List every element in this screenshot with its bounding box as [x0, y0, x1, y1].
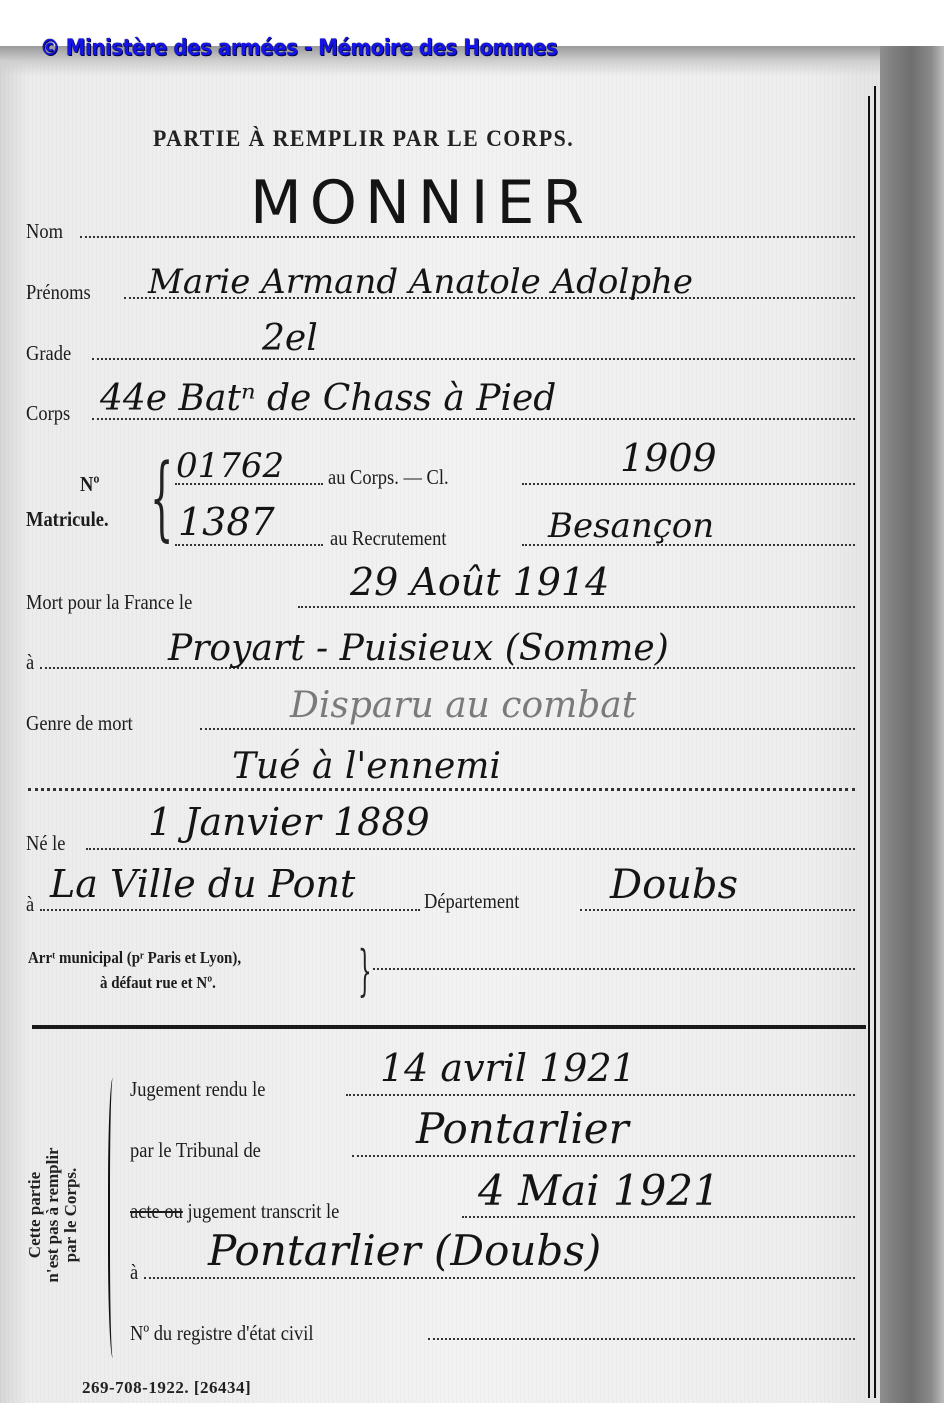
corps-label: Corps — [26, 401, 70, 426]
departement-value: Doubs — [610, 862, 738, 908]
genre-de-mort-line — [200, 728, 855, 730]
departement-label: Département — [424, 889, 519, 914]
matricule-corps-number: 01762 — [176, 446, 284, 486]
side-note-line-1: Cette partie — [26, 1105, 44, 1325]
matricule-label-no: Nº — [80, 472, 99, 497]
nom-value: MONNIER — [250, 168, 592, 238]
form-heading: PARTIE À REMPLIR PAR LE CORPS. — [153, 126, 574, 152]
jugement-rendu-line — [346, 1094, 855, 1096]
grade-line — [92, 358, 855, 360]
matricule-recrutement-line — [175, 544, 323, 546]
genre-de-mort-value-2: Tué à l'ennemi — [232, 746, 501, 787]
au-recrutement-label: au Recrutement — [330, 526, 446, 551]
prenoms-value: Marie Armand Anatole Adolphe — [148, 262, 693, 302]
page-binding-edge — [880, 46, 944, 1403]
transcrit-a-label: à — [130, 1260, 138, 1285]
genre-de-mort-label: Genre de mort — [26, 711, 133, 736]
transcrit-a-value: Pontarlier (Doubs) — [208, 1226, 601, 1275]
matricule-brace: { — [150, 452, 173, 544]
tribunal-line — [352, 1155, 855, 1157]
corps-value: 44e Batⁿ de Chass à Pied — [100, 378, 556, 419]
tribunal-label: par le Tribunal de — [130, 1138, 261, 1163]
mort-a-label: à — [26, 650, 34, 675]
mort-a-value: Proyart - Puisieux (Somme) — [168, 628, 669, 669]
genre-de-mort-line-2 — [28, 788, 855, 791]
copyright-watermark: © Ministère des armées - Mémoire des Hom… — [40, 36, 557, 61]
tribunal-value: Pontarlier — [416, 1104, 629, 1153]
grade-label: Grade — [26, 341, 71, 366]
transcrit-label-text: jugement transcrit le — [187, 1199, 339, 1223]
side-note-line-2: n'est pas à remplir — [44, 1105, 62, 1325]
civil-section-side-note: Cette partie n'est pas à remplir par le … — [26, 1105, 80, 1325]
civil-section-brace — [108, 1078, 120, 1358]
matricule-label: Matricule. — [26, 507, 109, 532]
prenoms-label: Prénoms — [26, 280, 91, 305]
mort-le-value: 29 Août 1914 — [350, 560, 609, 604]
jugement-rendu-value: 14 avril 1921 — [380, 1046, 636, 1090]
arrondissement-label-1: Arrᵗ municipal (pʳ Paris et Lyon), — [28, 948, 241, 968]
arrondissement-line — [373, 968, 855, 970]
ne-le-line — [86, 848, 855, 850]
ne-a-value: La Ville du Pont — [50, 862, 355, 906]
mort-le-label: Mort pour la France le — [26, 590, 192, 615]
ne-a-label: à — [26, 892, 34, 917]
departement-line — [580, 909, 855, 911]
transcrit-label-struck: acte ou — [130, 1199, 183, 1223]
arrondissement-brace: } — [358, 944, 372, 998]
mort-le-line — [298, 606, 855, 608]
matricule-recrutement-number: 1387 — [178, 500, 275, 544]
side-note-line-3: par le Corps. — [62, 1105, 80, 1325]
au-corps-label: au Corps. — Cl. — [328, 465, 449, 490]
grade-value: 2el — [262, 318, 318, 359]
ne-le-value: 1 Janvier 1889 — [148, 800, 430, 844]
genre-de-mort-value-1: Disparu au combat — [290, 685, 636, 726]
section-divider — [32, 1025, 866, 1029]
transcrit-label: acte ou jugement transcrit le — [130, 1199, 339, 1224]
ne-a-line — [40, 909, 420, 911]
ne-le-label: Né le — [26, 831, 66, 856]
form-print-code: 269-708-1922. [26434] — [82, 1378, 251, 1398]
jugement-rendu-label: Jugement rendu le — [130, 1077, 265, 1102]
nom-label: Nom — [26, 219, 63, 244]
registre-label: Nº du registre d'état civil — [130, 1321, 314, 1346]
transcrit-a-line — [144, 1277, 855, 1279]
recrutement-place: Besançon — [548, 506, 714, 546]
registre-line — [428, 1338, 855, 1340]
arrondissement-label-2: à défaut rue et Nº. — [100, 973, 216, 993]
transcrit-value: 4 Mai 1921 — [478, 1166, 720, 1215]
classe-line — [522, 483, 855, 485]
classe-value: 1909 — [620, 436, 717, 480]
transcrit-line — [462, 1216, 855, 1218]
